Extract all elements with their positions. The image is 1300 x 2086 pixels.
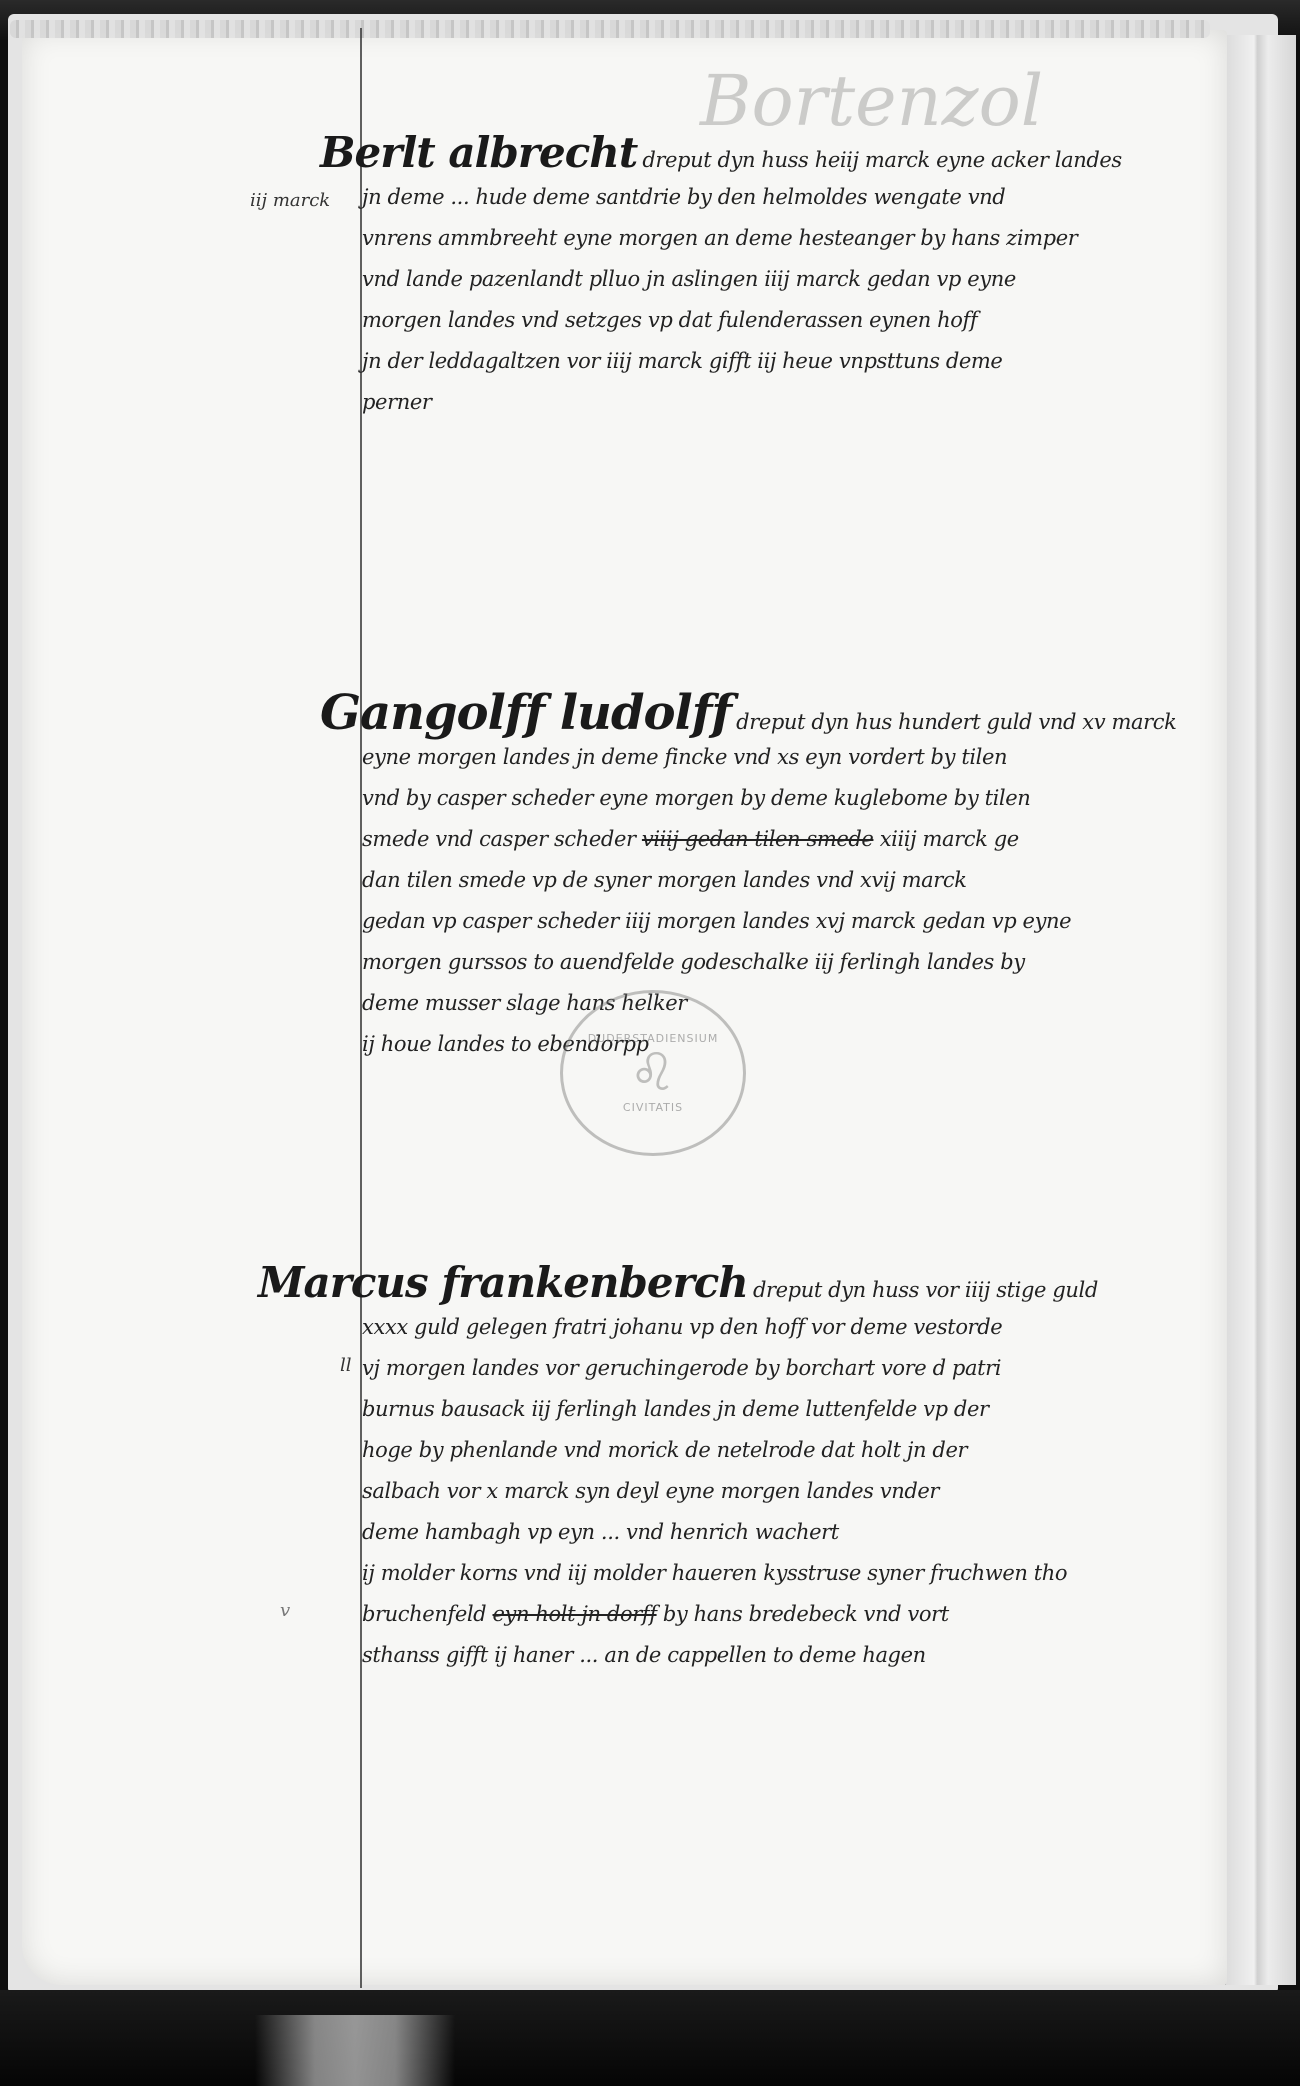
entry-first-line: dreput dyn hus hundert guld vnd xv marck [736,710,1176,734]
entry-line: vnd lande pazenlandt plluo jn aslingen i… [362,259,1122,300]
struck-text: eyn holt jn dorff [493,1602,657,1626]
entry-line: morgen gurssos to auendfelde godeschalke… [362,942,1176,983]
entry-line: vnd by casper scheder eyne morgen by dem… [362,778,1176,819]
entry-berlt-albrecht: Berlt albrecht dreput dyn huss heiij mar… [320,128,1122,423]
margin-note-1: iij marck [250,190,330,211]
entry-line: ij molder korns vnd iij molder haueren k… [362,1553,1098,1594]
entry-line: xiiij marck ge [880,827,1019,851]
entry-line: burnus bausack iij ferlingh landes jn de… [362,1389,1098,1430]
entry-first-line: dreput dyn huss heiij marck eyne acker l… [642,148,1121,172]
entry-marcus-frankenberch: Marcus frankenberch dreput dyn huss vor … [258,1258,1098,1676]
entry-line: smede vnd casper scheder [362,827,636,851]
archive-stamp: DUDERSTADIENSIUM ♌ CIVITATIS [560,990,746,1156]
entry-line: vnrens ammbreeht eyne morgen an deme hes… [362,218,1122,259]
entry-line: salbach vor x marck syn deyl eyne morgen… [362,1471,1098,1512]
entry-name: Marcus frankenberch [258,1258,748,1307]
entry-line: hoge by phenlande vnd morick de netelrod… [362,1430,1098,1471]
entry-line: bruchenfeld [362,1602,486,1626]
entry-line: morgen landes vnd setzges vp dat fulende… [362,300,1122,341]
entry-line: deme musser slage hans helker [362,983,1176,1024]
entry-name: Berlt albrecht [320,128,637,177]
struck-text: viiij gedan tilen smede [642,827,874,851]
entry-first-line: dreput dyn huss vor iiij stige guld [753,1278,1098,1302]
entry-line: xxxx guld gelegen fratri johanu vp den h… [362,1307,1098,1348]
entry-line: jn der leddagaltzen vor iiij marck gifft… [362,341,1122,382]
entry-line: jn deme ... hude deme santdrie by den he… [362,177,1122,218]
entry-line: by hans bredebeck vnd vort [663,1602,949,1626]
entry-line: vj morgen landes vor geruchingerode by b… [362,1348,1098,1389]
entry-line: eyne morgen landes jn deme fincke vnd xs… [362,737,1176,778]
stamp-text-bottom: CIVITATIS [623,1101,683,1114]
entry-line: deme hambagh vp eyn ... vnd henrich wach… [362,1512,1098,1553]
page-stack-right [1225,35,1296,1985]
entry-line: ij houe landes to ebendorpp [362,1024,1176,1065]
entry-gangolff-ludolff: Gangolff ludolff dreput dyn hus hundert … [320,685,1176,1065]
entry-line: gedan vp casper scheder iiij morgen land… [362,901,1176,942]
entry-line: dan tilen smede vp de syner morgen lande… [362,860,1176,901]
entry-line: sthanss gifft ij haner ... an de cappell… [362,1635,1098,1676]
page-edge-top [10,20,1210,38]
entry-line: perner [362,382,1122,423]
entry-name: Gangolff ludolff [320,685,731,741]
bottom-light-reflection [255,2015,455,2086]
bottom-shadow [0,1990,1300,2086]
lion-icon: ♌ [629,1045,677,1101]
